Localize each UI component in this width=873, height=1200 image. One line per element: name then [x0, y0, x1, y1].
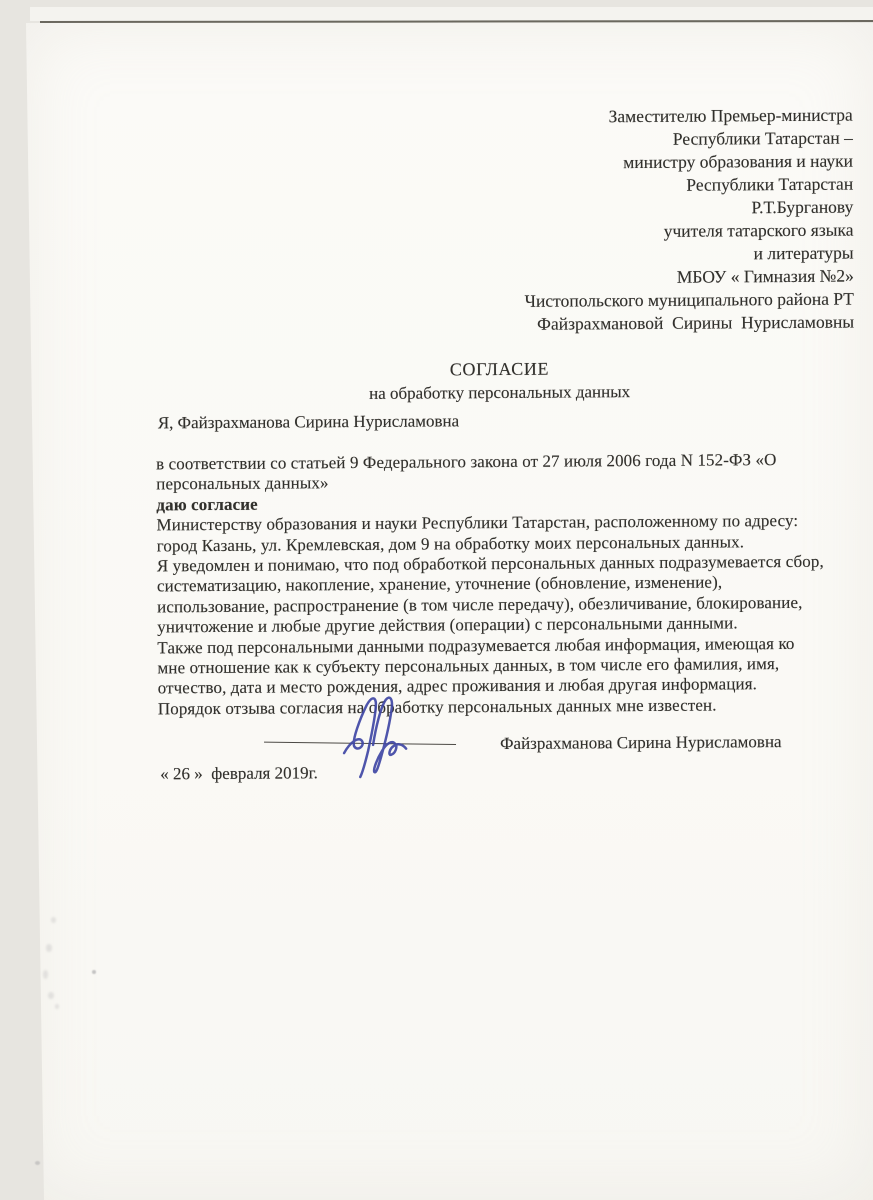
addressee-line: Республики Татарстан –	[523, 127, 852, 152]
date-line: « 26 » февраля 2019г.	[160, 763, 318, 784]
body-line: Порядок отзыва согласия на обработку пер…	[158, 694, 858, 719]
pencil-smudge-artifact	[43, 970, 48, 979]
pencil-smudge-artifact	[51, 917, 56, 923]
addressee-line: Республики Татарстан	[524, 173, 853, 198]
addressee-line: и литературы	[524, 242, 853, 267]
scanned-page: Заместителю Премьер-министраРеспублики Т…	[0, 0, 873, 1200]
signature-stroke	[344, 697, 407, 777]
signatory-name: Файзрахманова Сирина Нурисламовна	[500, 732, 782, 754]
declarant-line: Я, Файзрахманова Сирина Нурисламовна	[158, 411, 460, 433]
scan-speck-artifact	[35, 1161, 40, 1165]
document-subtitle: на обработку персональных данных	[130, 378, 870, 406]
scan-speck-artifact	[695, 143, 701, 147]
document-content: Заместителю Премьер-министраРеспублики Т…	[0, 0, 873, 1200]
signature-ink	[340, 695, 409, 779]
addressee-line: Заместителю Премьер-министра	[523, 104, 852, 129]
addressee-line: Файзрахмановой Сирины Нурисламовны	[525, 311, 854, 336]
body-paragraph: в соответствии со статьей 9 Федерального…	[156, 450, 858, 720]
addressee-line: Чистопольского муниципального района РТ	[525, 288, 854, 313]
addressee-block: Заместителю Премьер-министраРеспублики Т…	[523, 104, 854, 336]
addressee-line: Р.Т.Бурганову	[524, 196, 853, 221]
pencil-smudge-artifact	[48, 992, 54, 999]
addressee-line: министру образования и науки	[524, 150, 853, 175]
scan-speck-artifact	[92, 970, 96, 974]
addressee-line: МБОУ « Гимназия №2»	[524, 265, 853, 290]
title-block: СОГЛАСИЕ на обработку персональных данны…	[129, 354, 869, 406]
addressee-line: учителя татарского языка	[524, 219, 853, 244]
pencil-smudge-artifact	[55, 1004, 59, 1009]
pencil-smudge-artifact	[46, 944, 52, 952]
